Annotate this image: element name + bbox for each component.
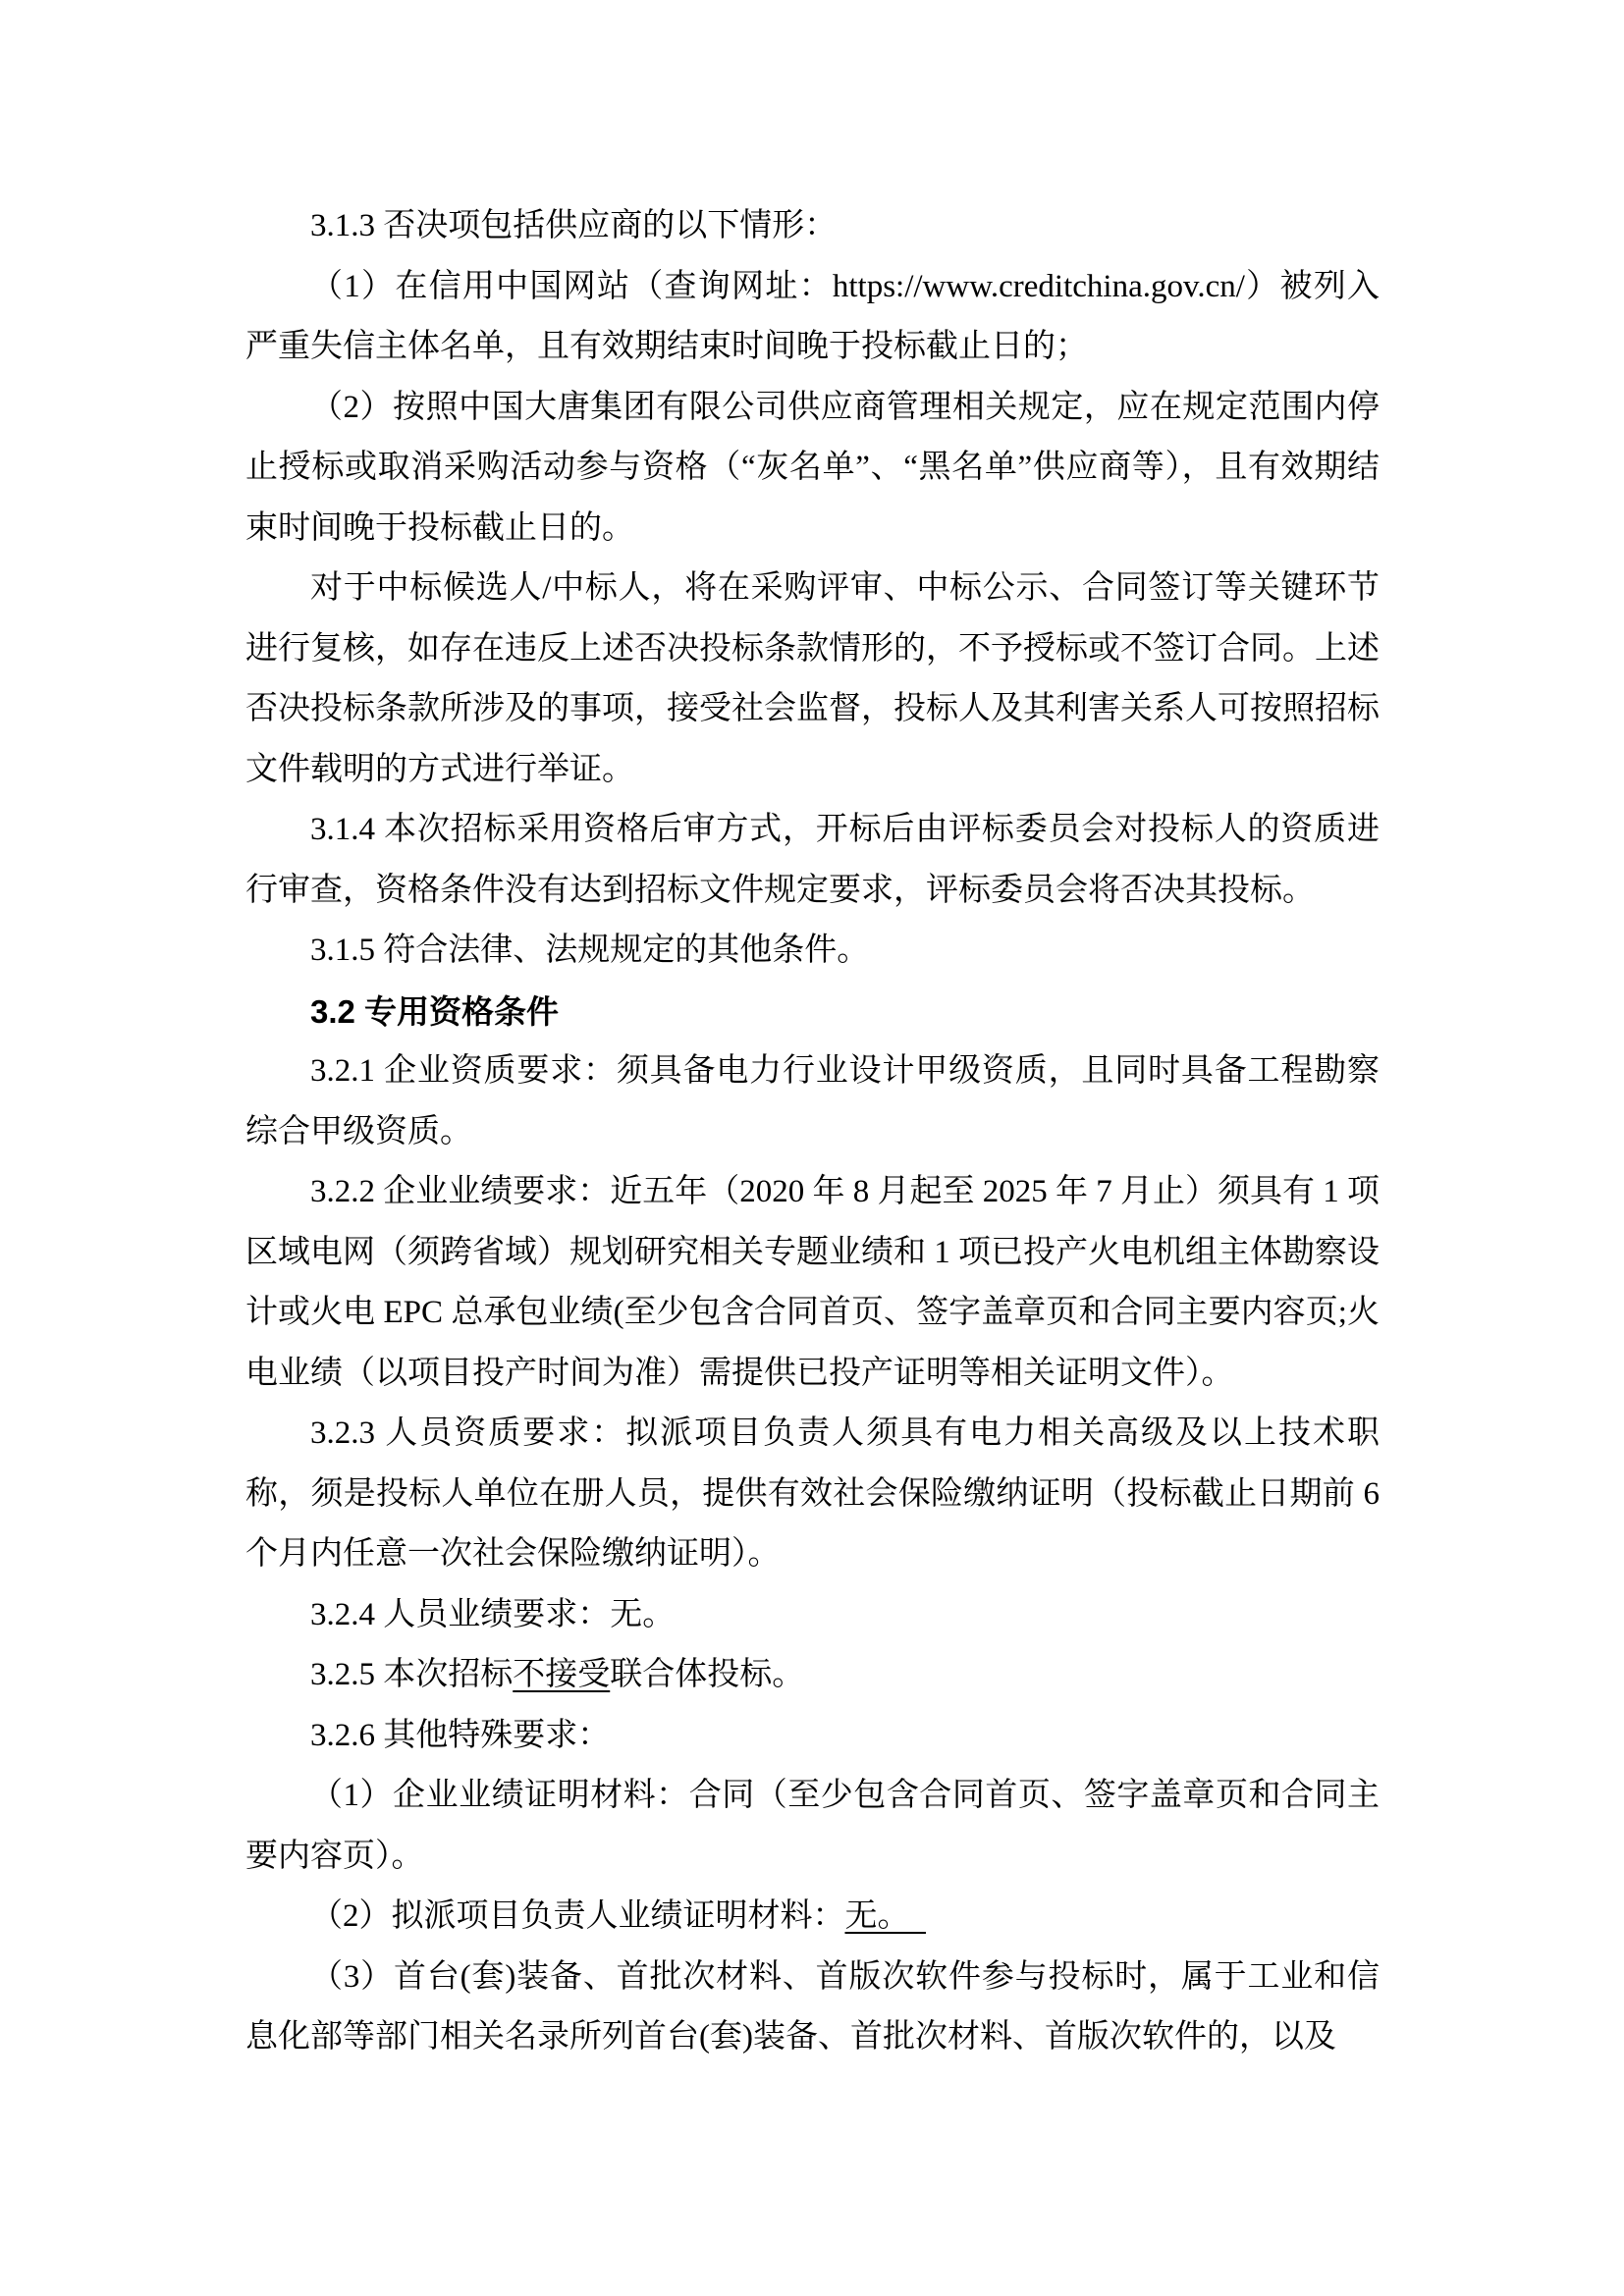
paragraph-text: 3.1.3 否决项包括供应商的以下情形： [310,208,837,243]
para-3-1-3-item-1: （1）在信用中国网站（查询网址：https://www.creditchina.… [245,257,1380,378]
paragraph-text: 3.2.4 人员业绩要求：无。 [310,1597,675,1632]
paragraph-text: （2）按照中国大唐集团有限公司供应商管理相关规定，应在规定范围内停止授标或取消采… [245,390,1380,546]
para-3-2-5: 3.2.5 本次招标不接受联合体投标。 [245,1645,1380,1706]
para-3-2-6-item-3: （3）首台(套)装备、首批次材料、首版次软件参与投标时，属于工业和信息化部等部门… [245,1948,1380,2068]
paragraph-text: （3）首台(套)装备、首批次材料、首版次软件参与投标时，属于工业和信息化部等部门… [245,1959,1380,2056]
para-3-1-3-item-2: （2）按照中国大唐集团有限公司供应商管理相关规定，应在规定范围内停止授标或取消采… [245,378,1380,560]
para-3-2-4: 3.2.4 人员业绩要求：无。 [245,1585,1380,1646]
para-3-2-1: 3.2.1 企业资质要求：须具备电力行业设计甲级资质，且同时具备工程勘察综合甲级… [245,1041,1380,1162]
para-3-2-2: 3.2.2 企业业绩要求：近五年（2020 年 8 月起至 2025 年 7 月… [245,1162,1380,1404]
paragraph-text: 3.2.3 人员资质要求：拟派项目负责人须具有电力相关高级及以上技术职称，须是投… [245,1415,1380,1572]
paragraph-text: （2）拟派项目负责人业绩证明材料： [310,1898,845,1934]
paragraph-text: 联合体投标。 [610,1657,804,1692]
para-3-2-6: 3.2.6 其他特殊要求： [245,1706,1380,1767]
para-3-2-3: 3.2.3 人员资质要求：拟派项目负责人须具有电力相关高级及以上技术职称，须是投… [245,1404,1380,1585]
paragraph-text: 3.2.1 企业资质要求：须具备电力行业设计甲级资质，且同时具备工程勘察综合甲级… [245,1053,1380,1149]
document-body: 3.1.3 否决项包括供应商的以下情形： （1）在信用中国网站（查询网址：htt… [245,196,1380,2068]
para-3-1-3: 3.1.3 否决项包括供应商的以下情形： [245,196,1380,257]
paragraph-text: 3.1.5 符合法律、法规规定的其他条件。 [310,933,869,968]
para-3-2-6-item-2: （2）拟派项目负责人业绩证明材料：无。 [245,1887,1380,1948]
paragraph-text: 3.2.6 其他特殊要求： [310,1718,610,1753]
paragraph-text: 3.1.4 本次招标采用资格后审方式，开标后由评标委员会对投标人的资质进行审查，… [245,812,1380,908]
paragraph-text: 对于中标候选人/中标人，将在采购评审、中标公示、合同签订等关键环节进行复核，如存… [245,570,1380,787]
underlined-text: 无。 [845,1898,927,1934]
heading-text: 3.2 专用资格条件 [310,993,559,1030]
para-3-1-4: 3.1.4 本次招标采用资格后审方式，开标后由评标委员会对投标人的资质进行审查，… [245,800,1380,921]
paragraph-text: （1）在信用中国网站（查询网址：https://www.creditchina.… [245,269,1380,365]
para-3-2-6-item-1: （1）企业业绩证明材料：合同（至少包含合同首页、签字盖章页和合同主要内容页）。 [245,1766,1380,1887]
document-page: 3.1.3 否决项包括供应商的以下情形： （1）在信用中国网站（查询网址：htt… [0,0,1624,2296]
underlined-text: 不接受 [513,1657,610,1692]
para-review-note: 对于中标候选人/中标人，将在采购评审、中标公示、合同签订等关键环节进行复核，如存… [245,559,1380,800]
heading-3-2: 3.2 专用资格条件 [245,982,1380,1042]
para-3-1-5: 3.1.5 符合法律、法规规定的其他条件。 [245,921,1380,982]
paragraph-text: （1）企业业绩证明材料：合同（至少包含合同首页、签字盖章页和合同主要内容页）。 [245,1778,1380,1874]
paragraph-text: 3.2.5 本次招标 [310,1657,513,1692]
paragraph-text: 3.2.2 企业业绩要求：近五年（2020 年 8 月起至 2025 年 7 月… [245,1174,1380,1391]
